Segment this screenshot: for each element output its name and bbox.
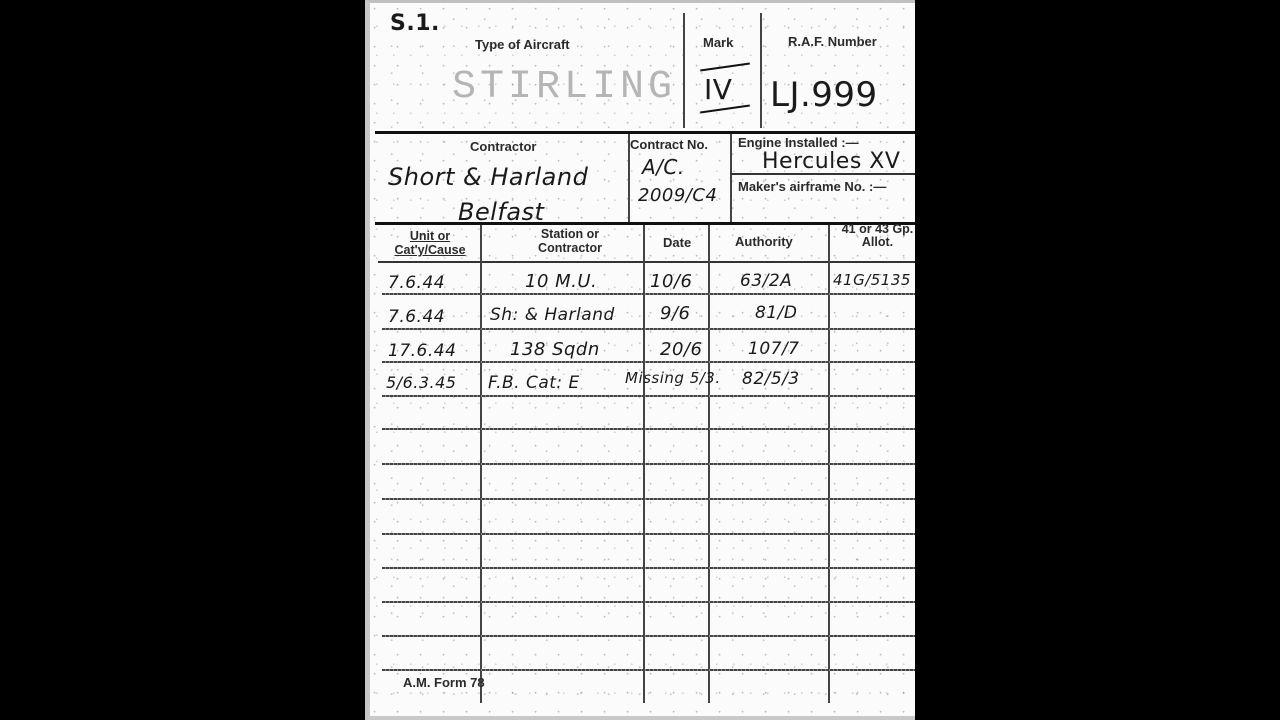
type-of-aircraft-value: STIRLING — [452, 65, 676, 110]
divider — [730, 134, 732, 222]
row2-unit: 7.6.44 — [388, 307, 445, 327]
row4-authority: 82/5/3 — [742, 369, 800, 389]
header-group-allot: 41 or 43 Gp. Allot. — [840, 223, 915, 249]
row4-unit: 5/6.3.45 — [386, 373, 456, 392]
engine-installed-value: Hercules XV — [762, 149, 900, 174]
raf-number-value: LJ.999 — [770, 75, 878, 115]
row-rule — [382, 428, 915, 430]
row-rule — [382, 635, 915, 637]
row-rule — [382, 567, 915, 569]
row1-station: 10 M.U. — [525, 271, 597, 292]
header-date: Date — [663, 235, 691, 250]
card-reference: S.1. — [390, 11, 440, 36]
row-rule — [382, 463, 915, 465]
row-rule — [382, 601, 915, 603]
row-rule — [382, 293, 915, 295]
row4-date: Missing 5/3. — [625, 369, 721, 387]
row2-station: Sh: & Harland — [490, 305, 615, 325]
row4-station: F.B. Cat: E — [488, 373, 580, 393]
row1-unit: 7.6.44 — [388, 273, 445, 293]
row3-unit: 17.6.44 — [388, 341, 456, 361]
divider — [760, 13, 762, 128]
row1-authority: 63/2A — [740, 271, 792, 291]
row-rule — [382, 328, 915, 330]
header-authority: Authority — [735, 234, 793, 249]
aircraft-movement-card: S.1. Type of Aircraft STIRLING Mark IV R… — [365, 0, 915, 720]
engine-installed-label: Engine Installed :— — [738, 135, 859, 150]
table-header-rule — [378, 261, 915, 263]
row-rule — [382, 533, 915, 535]
row1-date: 10/6 — [650, 271, 692, 292]
row2-date: 9/6 — [660, 303, 690, 324]
contract-no-label: Contract No. — [630, 137, 708, 152]
row-rule — [382, 669, 915, 671]
row-rule — [382, 361, 915, 363]
row3-station: 138 Sqdn — [510, 339, 600, 360]
mark-underline-top — [700, 63, 750, 72]
form-number: A.M. Form 78 — [403, 675, 485, 690]
contractor-label: Contractor — [470, 139, 536, 154]
contract-no-line2: 2009/C4 — [638, 185, 717, 206]
row-rule — [382, 395, 915, 397]
row-rule — [382, 498, 915, 500]
header-station: Station or Contractor — [510, 227, 630, 255]
contractor-value-line1: Short & Harland — [388, 163, 588, 191]
row3-authority: 107/7 — [748, 339, 800, 359]
section-divider — [375, 222, 915, 225]
row2-authority: 81/D — [755, 303, 797, 323]
header-unit: Unit or Cat'y/Cause — [380, 229, 480, 257]
contract-no-line1: A/C. — [642, 155, 685, 179]
section-divider — [375, 131, 915, 134]
mark-label: Mark — [703, 35, 733, 50]
mark-value: IV — [704, 73, 732, 106]
makers-airframe-label: Maker's airframe No. :— — [738, 179, 886, 194]
divider — [683, 13, 685, 128]
row1-group-allot: 41G/5135 — [833, 271, 911, 289]
type-of-aircraft-label: Type of Aircraft — [475, 37, 570, 52]
row3-date: 20/6 — [660, 339, 702, 360]
divider — [730, 173, 915, 175]
raf-number-label: R.A.F. Number — [788, 34, 877, 49]
